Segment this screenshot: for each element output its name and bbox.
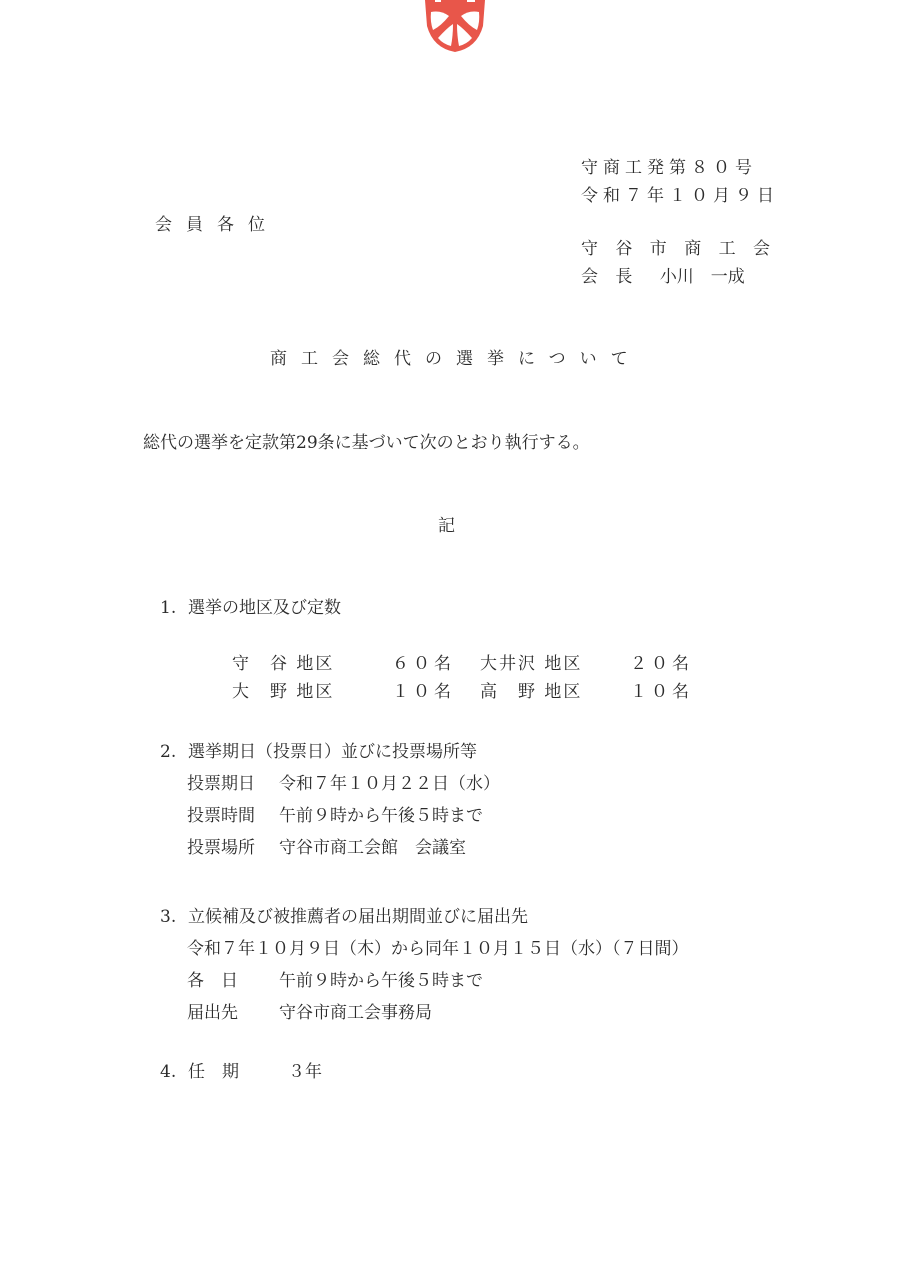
detail-row: 投票時間 午前９時から午後５時まで	[187, 797, 500, 829]
section-4-heading: 4.任 期３年	[160, 1057, 322, 1082]
district-row: 大 野 地区 １０名 高 野 地区 １０名	[232, 675, 690, 703]
ki-marker: 記	[438, 511, 455, 536]
district-count: １０名	[630, 677, 690, 702]
section-number: 3.	[160, 907, 188, 927]
detail-row: 投票場所 守谷市商工会館 会議室	[187, 829, 500, 861]
recipient: 会員各位	[155, 210, 279, 235]
sender-name: 小川 一成	[660, 267, 745, 287]
document-date: 令和７年１０月９日	[581, 181, 779, 209]
sender-block: 守 谷 市 商 工 会 会 長 小川 一成	[581, 234, 776, 290]
filing-period-value: 令和７年１０月９日（木）から同年１０月１５日（水）（７日間）	[187, 934, 689, 959]
filing-period: 令和７年１０月９日（木）から同年１０月１５日（水）（７日間）	[187, 930, 689, 962]
detail-value: 守谷市商工会館 会議室	[279, 833, 466, 858]
detail-label: 届出先	[187, 998, 279, 1023]
district-name: 守 谷 地区	[232, 649, 392, 674]
district-name: 大井沢 地区	[480, 649, 630, 674]
district-name: 大 野 地区	[232, 677, 392, 702]
sender-title: 会 長	[581, 267, 638, 287]
organization-seal-icon	[421, 0, 489, 54]
district-table: 守 谷 地区 ６０名 大井沢 地区 ２０名 大 野 地区 １０名 高 野 地区 …	[232, 647, 690, 703]
section-title: 選挙の地区及び定数	[188, 598, 341, 618]
detail-row: 届出先 守谷市商工会事務局	[187, 994, 689, 1026]
section-3-heading: 3.立候補及び被推薦者の届出期間並びに届出先	[160, 902, 528, 927]
section-title: 立候補及び被推薦者の届出期間並びに届出先	[188, 907, 528, 927]
section-title: 選挙期日（投票日）並びに投票場所等	[188, 742, 477, 762]
detail-label: 投票期日	[187, 769, 279, 794]
detail-label: 各 日	[187, 966, 279, 991]
detail-label: 投票時間	[187, 801, 279, 826]
section-2-heading: 2.選挙期日（投票日）並びに投票場所等	[160, 737, 477, 762]
detail-value: 午前９時から午後５時まで	[279, 966, 483, 991]
district-name: 高 野 地区	[480, 677, 630, 702]
detail-row: 各 日 午前９時から午後５時まで	[187, 962, 689, 994]
district-count: ２０名	[630, 649, 690, 674]
section-number: 1.	[160, 598, 188, 618]
section-title: 任 期	[188, 1057, 288, 1082]
section-1-heading: 1.選挙の地区及び定数	[160, 593, 341, 618]
document-reference-block: 守商工発第８０号 令和７年１０月９日	[581, 153, 779, 209]
sender-organization: 守 谷 市 商 工 会	[581, 234, 776, 262]
sender-signature: 会 長 小川 一成	[581, 262, 776, 290]
page-title: 商工会総代の選挙について	[270, 344, 642, 369]
detail-value: 午前９時から午後５時まで	[279, 801, 483, 826]
section-3-details: 令和７年１０月９日（木）から同年１０月１５日（水）（７日間） 各 日 午前９時か…	[187, 930, 689, 1026]
district-count: １０名	[392, 677, 480, 702]
district-row: 守 谷 地区 ６０名 大井沢 地区 ２０名	[232, 647, 690, 675]
intro-text: 総代の選挙を定款第29条に基づいて次のとおり執行する。	[143, 428, 590, 453]
section-2-details: 投票期日 令和７年１０月２２日（水） 投票時間 午前９時から午後５時まで 投票場…	[187, 765, 500, 861]
section-number: 4.	[160, 1062, 188, 1082]
detail-value: 守谷市商工会事務局	[279, 998, 432, 1023]
detail-value: 令和７年１０月２２日（水）	[279, 769, 500, 794]
detail-label: 投票場所	[187, 833, 279, 858]
section-number: 2.	[160, 742, 188, 762]
detail-row: 投票期日 令和７年１０月２２日（水）	[187, 765, 500, 797]
district-count: ６０名	[392, 649, 480, 674]
term-value: ３年	[288, 1062, 322, 1082]
document-number: 守商工発第８０号	[581, 153, 779, 181]
